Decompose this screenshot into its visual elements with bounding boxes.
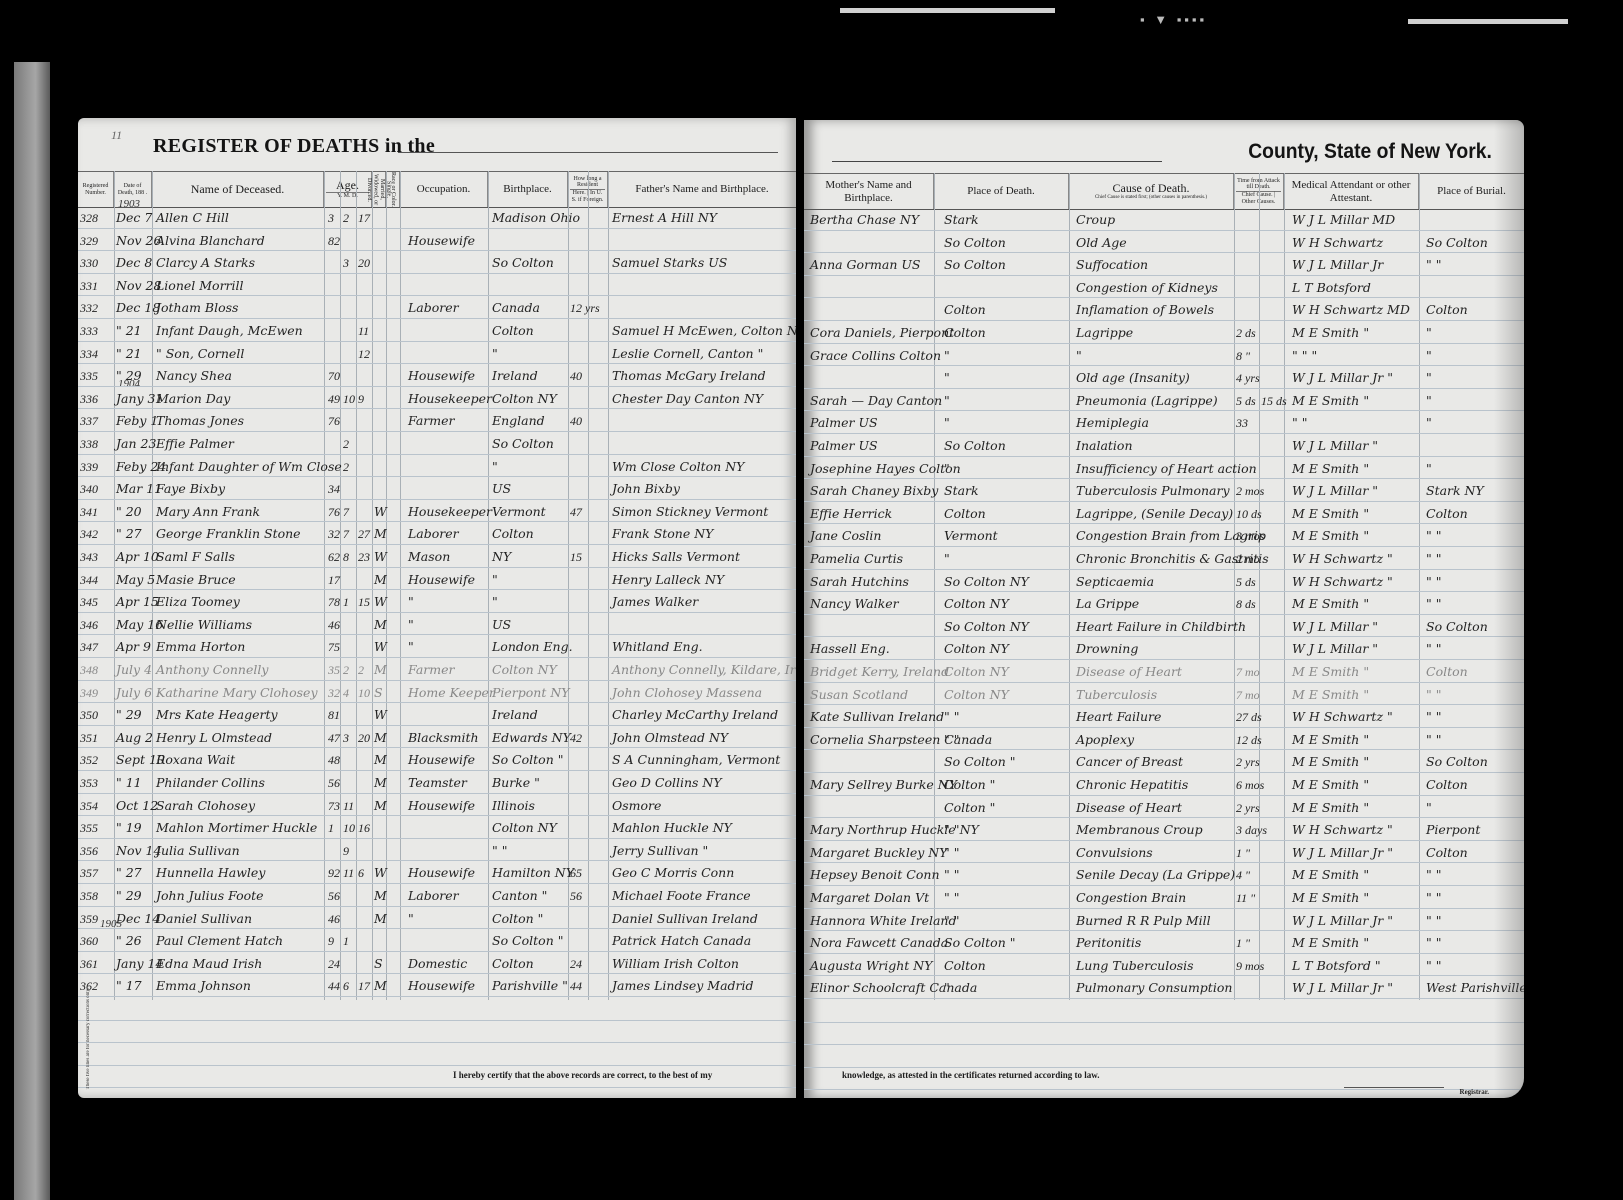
- record-burial: " ": [1426, 524, 1441, 546]
- right-record-row: Sarah — Day Canton"Pneumonia (Lagrippe)5…: [804, 389, 1524, 412]
- right-record-row: Palmer USSo ColtonInalationW J L Millar …: [804, 434, 1524, 457]
- record-attendant: W J L Millar Jr ": [1292, 366, 1393, 388]
- record-attendant: W J L Millar Jr ": [1292, 909, 1393, 931]
- record-t1: 12 ds: [1236, 728, 1262, 750]
- record-res-here: 56: [570, 884, 582, 906]
- record-ms: W: [374, 545, 387, 567]
- record-cause: Lung Tuberculosis: [1076, 954, 1194, 976]
- record-no: 340: [80, 477, 98, 499]
- record-y: 32: [328, 522, 340, 544]
- record-occ: Domestic: [408, 952, 467, 974]
- record-place: " ": [944, 841, 959, 863]
- record-no: 344: [80, 568, 98, 590]
- record-place: Colton ": [944, 796, 995, 818]
- record-y: 78: [328, 590, 340, 612]
- record-father: Hicks Salls Vermont: [612, 545, 740, 567]
- record-date: " 27: [116, 861, 142, 883]
- record-occ: Housewife: [408, 364, 475, 386]
- record-cause: ": [1076, 344, 1082, 366]
- record-no: 347: [80, 635, 98, 657]
- record-y: 9: [328, 929, 334, 951]
- record-burial: ": [1426, 389, 1432, 411]
- record-d: 12: [358, 342, 370, 364]
- registrar-label: Registrar.: [1460, 1088, 1489, 1096]
- record-burial: ": [1426, 321, 1432, 343]
- record-y: 44: [328, 974, 340, 996]
- record-occ: Housewife: [408, 794, 475, 816]
- record-date: Jan 23: [116, 432, 156, 454]
- record-no: 332: [80, 296, 98, 318]
- record-ms: M: [374, 771, 387, 793]
- record-ms: M: [374, 613, 387, 635]
- record-place: ": [944, 366, 950, 388]
- left-record-row: 342" 27George Franklin Stone32727MLabore…: [78, 522, 796, 545]
- record-birth: US: [492, 477, 511, 499]
- record-name: Nancy Shea: [156, 364, 232, 386]
- record-date: " 27: [116, 522, 142, 544]
- blank-ruled-line: [78, 1042, 796, 1043]
- right-record-row: Mary Sellrey Burke NYColton "Chronic Hep…: [804, 773, 1524, 796]
- record-no: 331: [80, 274, 98, 296]
- record-place: Colton NY: [944, 592, 1009, 614]
- record-no: 337: [80, 409, 98, 431]
- record-birth: ": [492, 455, 498, 477]
- record-date: July 4: [116, 658, 152, 680]
- record-attendant: M E Smith ": [1292, 796, 1369, 818]
- record-mother: Josephine Hayes Colton: [810, 457, 961, 479]
- record-mother: Pamelia Curtis: [810, 547, 903, 569]
- record-name: Thomas Jones: [156, 409, 244, 431]
- blank-ruled-line: [78, 1020, 796, 1021]
- record-t1: 5 ds: [1236, 389, 1256, 411]
- record-d: 15: [358, 590, 370, 612]
- record-d: 9: [358, 387, 364, 409]
- record-name: Paul Clement Hatch: [156, 929, 283, 951]
- scan-edge-mark: [1408, 19, 1568, 24]
- record-y: 75: [328, 635, 340, 657]
- right-record-row: Mary Northrup Huckle NY" "Membranous Cro…: [804, 818, 1524, 841]
- record-m: 8: [343, 545, 349, 567]
- record-d: 20: [358, 726, 370, 748]
- record-date: " 29: [116, 884, 142, 906]
- record-no: 349: [80, 681, 98, 703]
- record-no: 346: [80, 613, 98, 635]
- record-d: 17: [358, 974, 370, 996]
- right-record-row: Kate Sullivan Ireland" "Heart Failure27 …: [804, 705, 1524, 728]
- record-attendant: W J L Millar ": [1292, 479, 1378, 501]
- record-cause: Old age (Insanity): [1076, 366, 1190, 388]
- record-no: 330: [80, 251, 98, 273]
- certification-right: knowledge, as attested in the certificat…: [842, 1070, 1100, 1080]
- record-attendant: M E Smith ": [1292, 502, 1369, 524]
- record-no: 356: [80, 839, 98, 861]
- left-record-row: 349July 6Katharine Mary Clohosey32410SHo…: [78, 681, 796, 704]
- record-t1: 4 yrs: [1236, 366, 1260, 388]
- record-birth: Colton: [492, 952, 534, 974]
- right-record-row: Cornelia Sharpsteen Canada" "Apoplexy12 …: [804, 728, 1524, 751]
- header-place-death: Place of Death.: [934, 174, 1069, 209]
- record-birth: ": [492, 590, 498, 612]
- left-record-row: 338Jan 23Effie Palmer2So Colton: [78, 432, 796, 455]
- right-record-row: Hepsey Benoit Conn" "Senile Decay (La Gr…: [804, 863, 1524, 886]
- record-t1: 3 days: [1236, 818, 1267, 840]
- record-mother: Sarah Hutchins: [810, 570, 909, 592]
- record-burial: ": [1426, 344, 1432, 366]
- record-cause: Lagrippe, (Senile Decay): [1076, 502, 1233, 524]
- left-record-row: 335" 29Nancy Shea70HousewifeIreland40Tho…: [78, 364, 796, 387]
- record-birth: Colton ": [492, 907, 543, 929]
- record-place: Stark: [944, 479, 979, 501]
- record-date: Apr 10: [116, 545, 159, 567]
- record-attendant: M E Smith ": [1292, 457, 1369, 479]
- record-occ: Laborer: [408, 296, 459, 318]
- right-record-row: Margaret Dolan Vt" "Congestion Brain11 "…: [804, 886, 1524, 909]
- record-y: 35: [328, 658, 340, 680]
- scan-top-mark: ▪ ▼ ▪▪▪▪: [1140, 12, 1207, 27]
- record-birth: Pierpont NY: [492, 681, 570, 703]
- record-burial: " ": [1426, 909, 1441, 931]
- record-burial: " ": [1426, 683, 1441, 705]
- record-y: 47: [328, 726, 340, 748]
- record-place: Colton: [944, 298, 986, 320]
- record-no: 361: [80, 952, 98, 974]
- record-cause: Croup: [1076, 208, 1115, 230]
- right-record-row: Grace Collins Colton""8 "" " "": [804, 344, 1524, 367]
- record-mother: Hannora White Ireland: [810, 909, 956, 931]
- record-y: 56: [328, 884, 340, 906]
- record-mother: Jane Coslin: [810, 524, 881, 546]
- record-y: 70: [328, 364, 340, 386]
- header-burial: Place of Burial.: [1419, 174, 1524, 209]
- right-record-row: So Colton NYHeart Failure in ChildbirthW…: [804, 615, 1524, 638]
- record-ms: M: [374, 907, 387, 929]
- record-burial: Stark NY: [1426, 479, 1484, 501]
- record-name: Faye Bixby: [156, 477, 225, 499]
- record-ms: M: [374, 726, 387, 748]
- right-record-row: Nora Fawcett CanadaSo Colton "Peritoniti…: [804, 931, 1524, 954]
- record-place: Colton NY: [944, 660, 1009, 682]
- record-ms: M: [374, 522, 387, 544]
- right-record-row: Bridget Kerry, IrelandColton NYDisease o…: [804, 660, 1524, 683]
- record-ms: W: [374, 590, 387, 612]
- record-cause: Disease of Heart: [1076, 660, 1182, 682]
- record-name: Hunnella Hawley: [156, 861, 265, 883]
- record-res-here: 65: [570, 861, 582, 883]
- record-cause: Pneumonia (Lagrippe): [1076, 389, 1218, 411]
- record-attendant: W H Schwartz MD: [1292, 298, 1410, 320]
- right-record-row: Colton "Disease of Heart2 yrsM E Smith "…: [804, 796, 1524, 819]
- right-record-row: Bertha Chase NYStarkCroupW J L Millar MD: [804, 208, 1524, 231]
- record-occ: Farmer: [408, 409, 454, 431]
- record-occ: Housewife: [408, 748, 475, 770]
- right-record-row: Nancy WalkerColton NYLa Grippe8 dsM E Sm…: [804, 592, 1524, 615]
- record-birth: Ireland: [492, 703, 538, 725]
- record-cause: Drowning: [1076, 637, 1138, 659]
- record-birth: US: [492, 613, 511, 635]
- record-mother: Nancy Walker: [810, 592, 899, 614]
- record-burial: " ": [1426, 637, 1441, 659]
- record-y: 81: [328, 703, 340, 725]
- left-record-row: 352Sept 10Roxana Wait48MHousewifeSo Colt…: [78, 748, 796, 771]
- record-cause: Membranous Croup: [1076, 818, 1203, 840]
- record-birth: England: [492, 409, 545, 431]
- record-m: 6: [343, 974, 349, 996]
- record-attendant: W J L Millar ": [1292, 434, 1378, 456]
- record-birth: ": [492, 568, 498, 590]
- record-no: 336: [80, 387, 98, 409]
- header-occupation: Occupation.: [400, 172, 488, 207]
- right-record-row: "Old age (Insanity)4 yrsW J L Millar Jr …: [804, 366, 1524, 389]
- record-date: May 5: [116, 568, 155, 590]
- record-t1: 27 ds: [1236, 705, 1262, 727]
- left-record-row: 356Nov 14Julia Sullivan9" "Jerry Sulliva…: [78, 839, 796, 862]
- left-record-row: 351Aug 2Henry L Olmstead47320MBlacksmith…: [78, 726, 796, 749]
- record-t1: 10 ds: [1236, 502, 1262, 524]
- record-cause: La Grippe: [1076, 592, 1139, 614]
- record-attendant: M E Smith ": [1292, 886, 1369, 908]
- record-birth: Edwards NY: [492, 726, 571, 748]
- record-occ: Housewife: [408, 229, 475, 251]
- record-father: Thomas McGary Ireland: [612, 364, 766, 386]
- record-burial: " ": [1426, 931, 1441, 953]
- record-mother: Palmer US: [810, 434, 878, 456]
- record-mother: Margaret Dolan Vt: [810, 886, 929, 908]
- record-date: " 19: [116, 816, 142, 838]
- record-cause: Inalation: [1076, 434, 1133, 456]
- right-record-row: Jane CoslinVermontCongestion Brain from …: [804, 524, 1524, 547]
- record-t1: 33: [1236, 411, 1248, 433]
- left-record-row: 362" 17Emma Johnson44617MHousewifeParish…: [78, 974, 796, 997]
- record-m: 1: [343, 929, 349, 951]
- record-burial: Pierpont: [1426, 818, 1480, 840]
- register-title: REGISTER OF DEATHS in the: [153, 135, 435, 158]
- record-attendant: W H Schwartz ": [1292, 570, 1393, 592]
- record-ms: W: [374, 861, 387, 883]
- right-record-row: So Colton "Cancer of Breast2 yrsM E Smit…: [804, 750, 1524, 773]
- record-attendant: W H Schwartz ": [1292, 818, 1393, 840]
- record-date: " 17: [116, 974, 142, 996]
- record-place: Colton NY: [944, 637, 1009, 659]
- record-date: Dec 14: [116, 907, 160, 929]
- record-father: Patrick Hatch Canada: [612, 929, 751, 951]
- record-no: 348: [80, 658, 98, 680]
- right-record-row: ColtonInflamation of BowelsW H Schwartz …: [804, 298, 1524, 321]
- record-d: 20: [358, 251, 370, 273]
- record-attendant: M E Smith ": [1292, 728, 1369, 750]
- record-cause: Heart Failure in Childbirth: [1076, 615, 1246, 637]
- right-record-row: Pamelia Curtis"Chronic Bronchitis & Gast…: [804, 547, 1524, 570]
- record-name: Eliza Toomey: [156, 590, 240, 612]
- header-marital: Single, Married, Widowed, or Divorced.: [372, 172, 386, 207]
- record-cause: Suffocation: [1076, 253, 1148, 275]
- record-cause: Apoplexy: [1076, 728, 1134, 750]
- record-burial: " ": [1426, 954, 1441, 976]
- record-m: 3: [343, 251, 349, 273]
- left-record-row: 339Feby 24Infant Daughter of Wm Close2"W…: [78, 455, 796, 478]
- record-no: 343: [80, 545, 98, 567]
- right-record-row: Augusta Wright NYColtonLung Tuberculosis…: [804, 954, 1524, 977]
- record-no: 359: [80, 907, 98, 929]
- record-no: 329: [80, 229, 98, 251]
- record-d: 17: [358, 206, 370, 228]
- left-record-row: 343Apr 10Saml F Salls62823WMasonNY15Hick…: [78, 545, 796, 568]
- header-mother: Mother's Name and Birthplace.: [804, 174, 934, 209]
- record-no: 345: [80, 590, 98, 612]
- record-place: Colton: [944, 502, 986, 524]
- record-cause: Septicaemia: [1076, 570, 1154, 592]
- record-attendant: W J L Millar Jr: [1292, 253, 1383, 275]
- record-no: 334: [80, 342, 98, 364]
- record-attendant: W J L Millar Jr ": [1292, 841, 1393, 863]
- record-m: 9: [343, 839, 349, 861]
- left-record-row: 337Feby 1Thomas Jones76FarmerEngland40: [78, 409, 796, 432]
- record-mother: Sarah — Day Canton: [810, 389, 942, 411]
- blank-ruled-line: [804, 1044, 1524, 1045]
- record-date: " 29: [116, 703, 142, 725]
- record-attendant: W J L Millar Jr ": [1292, 976, 1393, 998]
- record-y: 17: [328, 568, 340, 590]
- record-res-here: 24: [570, 952, 582, 974]
- record-birth: " ": [492, 839, 507, 861]
- record-no: 355: [80, 816, 98, 838]
- record-father: Chester Day Canton NY: [612, 387, 763, 409]
- record-place: Colton: [944, 321, 986, 343]
- header-birthplace: Birthplace.: [488, 172, 568, 207]
- record-birth: Colton: [492, 522, 534, 544]
- record-mother: Sarah Chaney Bixby: [810, 479, 938, 501]
- record-mother: Susan Scotland: [810, 683, 908, 705]
- record-cause: Old Age: [1076, 231, 1127, 253]
- record-d: 2: [358, 658, 364, 680]
- record-no: 328: [80, 206, 98, 228]
- record-birth: Parishville ": [492, 974, 568, 996]
- record-date: " 29: [116, 364, 142, 386]
- record-mother: Cornelia Sharpsteen Canada: [810, 728, 992, 750]
- record-occ: ": [408, 907, 414, 929]
- record-t1: 2 mo: [1236, 547, 1260, 569]
- record-name: Mrs Kate Heagerty: [156, 703, 278, 725]
- record-attendant: W J L Millar ": [1292, 615, 1378, 637]
- left-record-row: 344May 5Masie Bruce17MHousewife"Henry La…: [78, 568, 796, 591]
- record-t1: 7 mo: [1236, 660, 1260, 682]
- record-birth: Colton NY: [492, 387, 557, 409]
- record-mother: Elinor Schoolcraft Canada: [810, 976, 977, 998]
- left-record-row: 355" 19Mahlon Mortimer Huckle11016Colton…: [78, 816, 796, 839]
- record-date: Nov 14: [116, 839, 161, 861]
- record-d: 6: [358, 861, 364, 883]
- record-m: 10: [343, 816, 355, 838]
- page-number-note: 11: [111, 128, 122, 143]
- record-no: 350: [80, 703, 98, 725]
- record-name: Jotham Bloss: [156, 296, 238, 318]
- record-cause: Congestion Brain: [1076, 886, 1186, 908]
- certification-left: I hereby certify that the above records …: [453, 1070, 712, 1080]
- record-t2: 15 ds: [1261, 389, 1287, 411]
- record-occ: Laborer: [408, 884, 459, 906]
- record-father: John Olmstead NY: [612, 726, 728, 748]
- record-ms: W: [374, 500, 387, 522]
- registrar-signature-line: [1344, 1087, 1444, 1088]
- record-no: 342: [80, 522, 98, 544]
- record-cause: Convulsions: [1076, 841, 1153, 863]
- record-y: 76: [328, 500, 340, 522]
- record-m: 7: [343, 522, 349, 544]
- record-mother: Palmer US: [810, 411, 878, 433]
- right-record-row: Margaret Buckley NY" "Convulsions1 "W J …: [804, 841, 1524, 864]
- record-m: 2: [343, 206, 349, 228]
- record-y: 1: [328, 816, 334, 838]
- record-date: Dec 7: [116, 206, 152, 228]
- left-record-row: 347Apr 9Emma Horton75W"London Eng.Whitla…: [78, 635, 796, 658]
- record-father: Daniel Sullivan Ireland: [612, 907, 758, 929]
- right-record-row: Susan ScotlandColton NYTuberculosis7 moM…: [804, 683, 1524, 706]
- record-birth: Madison Ohio: [492, 206, 580, 228]
- record-m: 11: [343, 861, 354, 883]
- header-father: Father's Name and Birthplace.: [608, 172, 796, 207]
- record-occ: Housewife: [408, 861, 475, 883]
- record-no: 333: [80, 319, 98, 341]
- record-name: Emma Horton: [156, 635, 245, 657]
- record-no: 358: [80, 884, 98, 906]
- record-place: So Colton ": [944, 750, 1015, 772]
- record-burial: So Colton: [1426, 750, 1488, 772]
- right-record-row: Hannora White Ireland" "Burned R R Pulp …: [804, 909, 1524, 932]
- record-mother: Augusta Wright NY: [810, 954, 933, 976]
- record-ms: M: [374, 748, 387, 770]
- record-burial: Colton: [1426, 841, 1468, 863]
- record-m: 3: [343, 726, 349, 748]
- left-record-row: 358" 29John Julius Foote56MLaborerCanton…: [78, 884, 796, 907]
- left-record-row: 328Dec 7Allen C Hill3217Madison OhioErne…: [78, 206, 796, 229]
- record-father: Michael Foote France: [612, 884, 751, 906]
- county-state-title: County, State of New York.: [1248, 140, 1492, 164]
- record-cause: Heart Failure: [1076, 705, 1161, 727]
- record-burial: " ": [1426, 570, 1441, 592]
- record-name: Lionel Morrill: [156, 274, 244, 296]
- left-record-row: 360" 26Paul Clement Hatch91So Colton "Pa…: [78, 929, 796, 952]
- record-date: Feby 1: [116, 409, 158, 431]
- left-record-row: 331Nov 28Lionel Morrill: [78, 274, 796, 297]
- record-name: Alvina Blanchard: [156, 229, 265, 251]
- right-record-row: Cora Daniels, PierpontColtonLagrippe2 ds…: [804, 321, 1524, 344]
- record-father: Anthony Connelly, Kildare, Ireland: [612, 658, 796, 680]
- record-t1: 6 mos: [1236, 773, 1264, 795]
- record-t1: 5 ds: [1236, 570, 1256, 592]
- record-father: James Lindsey Madrid: [612, 974, 754, 996]
- record-t1: 2 mos: [1236, 479, 1264, 501]
- record-occ: ": [408, 590, 414, 612]
- record-t1: 2 yrs: [1236, 750, 1260, 772]
- record-burial: " ": [1426, 886, 1441, 908]
- right-header-row: Mother's Name and Birthplace. Place of D…: [804, 173, 1524, 210]
- record-attendant: " ": [1292, 411, 1307, 433]
- record-m: 2: [343, 455, 349, 477]
- record-date: " 21: [116, 319, 142, 341]
- record-name: Allen C Hill: [156, 206, 229, 228]
- county-blank-line-right: [832, 161, 1162, 162]
- blank-ruled-line: [804, 1022, 1524, 1023]
- record-no: 335: [80, 364, 98, 386]
- record-m: 11: [343, 794, 354, 816]
- header-attendant: Medical Attendant or other Attestant.: [1284, 174, 1419, 209]
- record-d: 27: [358, 522, 370, 544]
- record-t1: 8 ": [1236, 344, 1250, 366]
- right-record-row: Congestion of KidneysL T Botsford: [804, 276, 1524, 299]
- record-place: So Colton: [944, 434, 1006, 456]
- header-age-sub: Y. M. D.: [326, 192, 369, 200]
- record-birth: So Colton ": [492, 748, 563, 770]
- record-no: 353: [80, 771, 98, 793]
